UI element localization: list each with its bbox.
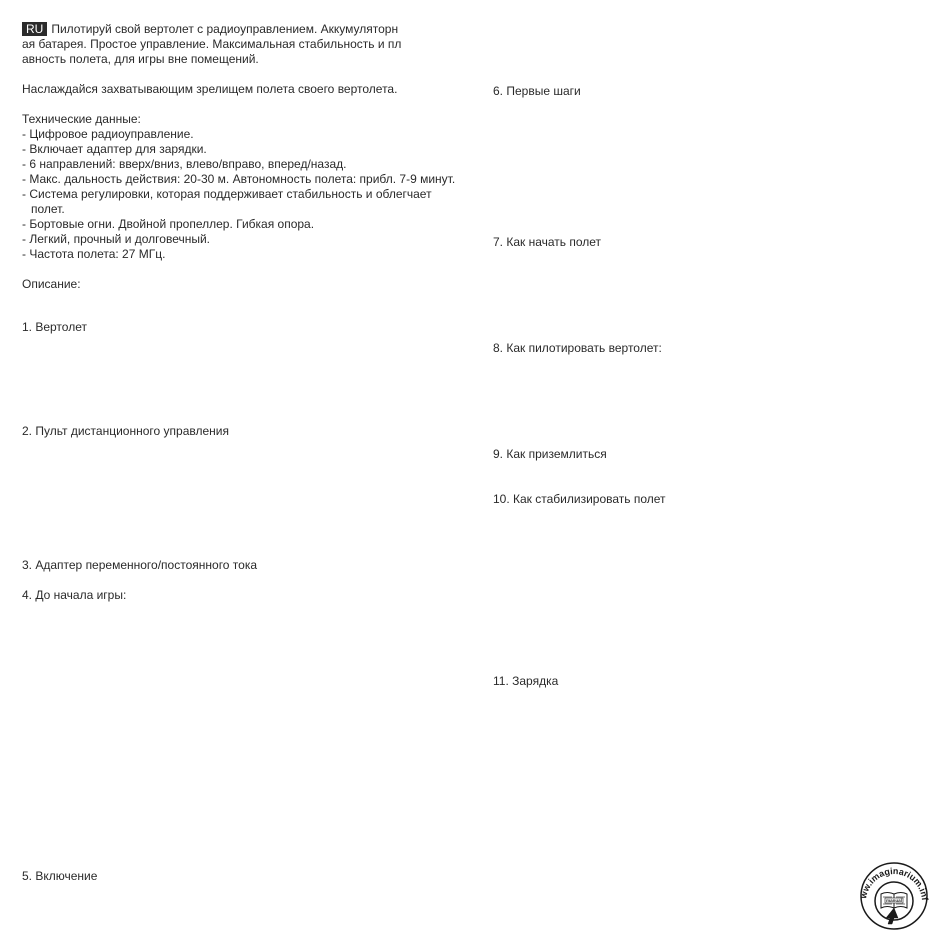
- section-remote-control: 2. Пульт дистанционного управления: [22, 424, 229, 439]
- tech-title: Технические данные:: [22, 112, 462, 127]
- intro-paragraph: RUПилотируй свой вертолет с радиоуправле…: [22, 22, 462, 67]
- section-charging: 11. Зарядка: [493, 674, 558, 689]
- section-first-steps: 6. Первые шаги: [493, 84, 581, 99]
- imaginarium-logo: www.imaginarium.info manual: [856, 856, 932, 932]
- spec-item: Легкий, прочный и долговечный.: [22, 232, 462, 247]
- section-stabilize: 10. Как стабилизировать полет: [493, 492, 666, 507]
- spec-item: Система регулировки, которая поддерживае…: [22, 187, 462, 217]
- section-before-play: 4. До начала игры:: [22, 588, 126, 603]
- intro-line-2: ая батарея. Простое управление. Максимал…: [22, 37, 401, 51]
- logo-book-label: manual: [886, 898, 902, 903]
- spec-item: 6 направлений: вверх/вниз, влево/вправо,…: [22, 157, 462, 172]
- book-cursor-icon: www.imaginarium.info manual: [856, 856, 932, 932]
- section-start-flight: 7. Как начать полет: [493, 235, 601, 250]
- intro-line-1: Пилотируй свой вертолет с радиоуправлени…: [51, 22, 398, 36]
- left-column: RUПилотируй свой вертолет с радиоуправле…: [22, 22, 462, 292]
- spec-item: Включает адаптер для зарядки.: [22, 142, 462, 157]
- language-badge: RU: [22, 22, 47, 36]
- section-adapter: 3. Адаптер переменного/постоянного тока: [22, 558, 257, 573]
- section-helicopter: 1. Вертолет: [22, 320, 87, 335]
- section-pilot-helicopter: 8. Как пилотировать вертолет:: [493, 341, 662, 356]
- spec-item: Частота полета: 27 МГц.: [22, 247, 462, 262]
- tagline: Наслаждайся захватывающим зрелищем полет…: [22, 82, 462, 97]
- tech-specs-list: Цифровое радиоуправление. Включает адапт…: [22, 127, 462, 262]
- section-landing: 9. Как приземлиться: [493, 447, 607, 462]
- spec-item: Бортовые огни. Двойной пропеллер. Гибкая…: [22, 217, 462, 232]
- intro-line-3: авность полета, для игры вне помещений.: [22, 52, 259, 66]
- section-power-on: 5. Включение: [22, 869, 97, 884]
- spec-item: Макс. дальность действия: 20-30 м. Автон…: [22, 172, 462, 187]
- description-title: Описание:: [22, 277, 462, 292]
- spec-item: Цифровое радиоуправление.: [22, 127, 462, 142]
